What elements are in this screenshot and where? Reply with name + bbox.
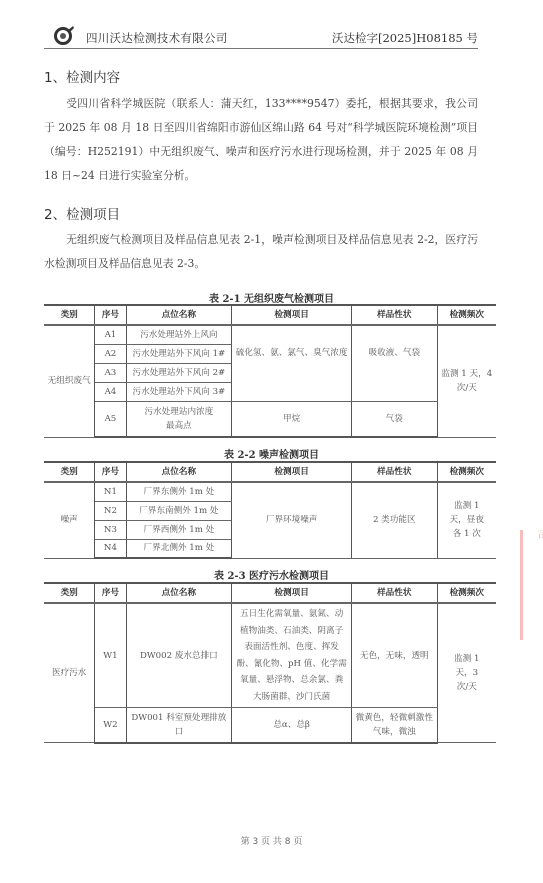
number-cell: A4 — [95, 382, 126, 401]
table-2-1-caption: 表 2-1 无组织废气检测项目 — [0, 290, 543, 305]
page-number: 第 3 页 共 8 页 — [0, 834, 543, 847]
col-items: 检测项目 — [232, 583, 352, 603]
section-2-text: 无组织废气检测项目及样品信息见表 2-1，噪声检测项目及样品信息见表 2-2，医… — [44, 233, 478, 270]
items-cell: 甲烷 — [232, 401, 352, 437]
site-cell: 污水处理站外下风向 1# — [126, 344, 232, 363]
section-1-paragraph: 受四川省科学城医院（联系人：蒲天红，133****9547）委托，根据其要求，我… — [44, 92, 478, 188]
col-frequency: 检测频次 — [437, 583, 496, 603]
col-number: 序号 — [95, 305, 126, 325]
col-sample: 样品性状 — [352, 305, 438, 325]
col-number: 序号 — [95, 462, 126, 482]
company-name: 四川沃达检测技术有限公司 — [86, 30, 228, 46]
category-cell: 无组织废气 — [44, 325, 95, 437]
col-site: 点位名称 — [126, 305, 232, 325]
col-items: 检测项目 — [232, 462, 352, 482]
col-category: 类别 — [44, 305, 95, 325]
items-cell: 厂界环境噪声 — [232, 482, 352, 558]
number-cell: W1 — [95, 603, 126, 708]
items-cell: 五日生化需氧量、氨氮、动植物油类、石油类、阴离子表面活性剂、色度、挥发酚、氰化物… — [232, 603, 352, 708]
sample-cell: 气袋 — [352, 401, 438, 437]
table-row: A5 污水处理站内浓度最高点 甲烷 气袋 — [44, 401, 496, 437]
site-cell: DW002 废水总排口 — [126, 603, 232, 708]
col-site: 点位名称 — [126, 583, 232, 603]
number-cell: A5 — [95, 401, 126, 437]
section-2-title: 2、检测项目 — [44, 203, 120, 223]
company-seal-stamp: 四川沃达检测技术有限公司 — [520, 530, 543, 640]
number-cell: N2 — [95, 501, 126, 520]
site-cell: 污水处理站外下风向 3# — [126, 382, 232, 401]
site-cell: 厂界东侧外 1m 处 — [126, 482, 232, 501]
number-cell: A3 — [95, 363, 126, 382]
items-cell: 总α、总β — [232, 708, 352, 743]
frequency-cell: 监测 1 天，4 次/天 — [437, 325, 496, 437]
table-row: 医疗污水 W1 DW002 废水总排口 五日生化需氧量、氨氮、动植物油类、石油类… — [44, 603, 496, 708]
table-row: 噪声 N1 厂界东侧外 1m 处 厂界环境噪声 2 类功能区 监测 1 天，昼夜… — [44, 482, 496, 501]
site-cell: 厂界北侧外 1m 处 — [126, 539, 232, 558]
table-row: W2 DW001 科室预处理排放口 总α、总β 微黄色，轻微刺激性气味，微浊 — [44, 708, 496, 743]
category-cell: 噪声 — [44, 482, 95, 558]
number-cell: N3 — [95, 520, 126, 539]
col-items: 检测项目 — [232, 305, 352, 325]
sample-cell: 微黄色，轻微刺激性气味，微浊 — [352, 708, 438, 743]
col-number: 序号 — [95, 583, 126, 603]
col-site: 点位名称 — [126, 462, 232, 482]
section-1-text: 受四川省科学城医院（联系人：蒲天红，133****9547）委托，根据其要求，我… — [44, 97, 478, 182]
section-2-paragraph: 无组织废气检测项目及样品信息见表 2-1，噪声检测项目及样品信息见表 2-2，医… — [44, 228, 478, 276]
site-cell: 污水处理站外上风向 — [126, 325, 232, 344]
frequency-cell: 监测 1 天，3 次/天 — [437, 603, 496, 743]
category-cell: 医疗污水 — [44, 603, 95, 743]
col-category: 类别 — [44, 583, 95, 603]
col-category: 类别 — [44, 462, 95, 482]
number-cell: N1 — [95, 482, 126, 501]
table-2-3-caption: 表 2-3 医疗污水检测项目 — [0, 567, 543, 582]
site-cell: 污水处理站外下风向 2# — [126, 363, 232, 382]
section-1-title: 1、检测内容 — [44, 66, 120, 86]
site-cell: 污水处理站内浓度最高点 — [126, 401, 232, 437]
col-sample: 样品性状 — [352, 583, 438, 603]
number-cell: A2 — [95, 344, 126, 363]
table-row: 无组织废气 A1 污水处理站外上风向 硫化氢、氨、氯气、臭气浓度 吸收液、气袋 … — [44, 325, 496, 344]
number-cell: W2 — [95, 708, 126, 743]
table-2-2: 类别 序号 点位名称 检测项目 样品性状 检测频次 噪声 N1 厂界东侧外 1m… — [44, 461, 496, 559]
site-cell: 厂界东南侧外 1m 处 — [126, 501, 232, 520]
document-number: 沃达检字[2025]H08185 号 — [332, 30, 478, 46]
col-frequency: 检测频次 — [437, 462, 496, 482]
table-2-2-caption: 表 2-2 噪声检测项目 — [0, 446, 543, 461]
site-cell: DW001 科室预处理排放口 — [126, 708, 232, 743]
sample-cell: 2 类功能区 — [352, 482, 438, 558]
page-header: 四川沃达检测技术有限公司 沃达检字[2025]H08185 号 — [44, 22, 478, 49]
table-2-3: 类别 序号 点位名称 检测项目 样品性状 检测频次 医疗污水 W1 DW002 … — [44, 582, 496, 744]
company-logo-icon — [54, 25, 74, 45]
site-cell: 厂界西侧外 1m 处 — [126, 520, 232, 539]
frequency-cell: 监测 1 天，昼夜各 1 次 — [437, 482, 496, 558]
number-cell: A1 — [95, 325, 126, 344]
col-frequency: 检测频次 — [437, 305, 496, 325]
col-sample: 样品性状 — [352, 462, 438, 482]
sample-cell: 无色，无味，透明 — [352, 603, 438, 708]
sample-cell: 吸收液、气袋 — [352, 325, 438, 401]
table-2-1: 类别 序号 点位名称 检测项目 样品性状 检测频次 无组织废气 A1 污水处理站… — [44, 304, 496, 438]
items-cell: 硫化氢、氨、氯气、臭气浓度 — [232, 325, 352, 401]
number-cell: N4 — [95, 539, 126, 558]
